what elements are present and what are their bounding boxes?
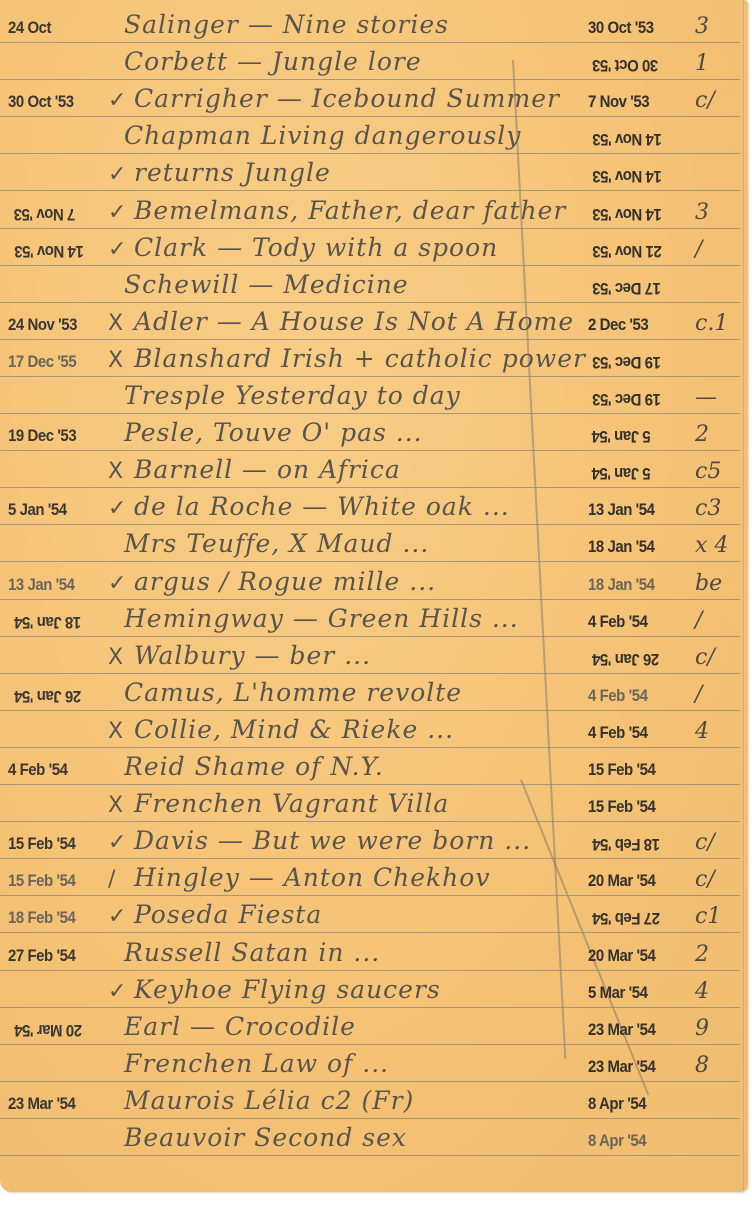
copy-note: c.1 [695, 311, 728, 336]
book-title-entry: Frenchen Vagrant Villa [134, 789, 449, 818]
return-date-stamp: 14 Nov '53 [593, 204, 662, 224]
book-title-entry: de la Roche — White oak ... [134, 492, 510, 521]
x-mark-icon: X [108, 793, 123, 818]
card-entry-row: ✓Keyhoe Flying saucers5 Mar '544 [0, 973, 748, 1009]
card-entry-row: 26 Jan '54Camus, L'homme revolte4 Feb '5… [0, 676, 748, 712]
card-entry-row: 15 Feb '54✓Davis — But we were born ...1… [0, 824, 748, 860]
book-title-entry: Barnell — on Africa [134, 455, 401, 484]
check-mark-icon: ✓ [108, 200, 126, 225]
return-date-stamp: 4 Feb '54 [588, 723, 647, 743]
x-mark-icon: X [108, 645, 123, 670]
return-date-stamp: 23 Mar '54 [588, 1057, 655, 1077]
copy-note: 2 [695, 942, 709, 967]
checkout-date-stamp: 5 Jan '54 [8, 500, 67, 520]
checkout-date-stamp: 23 Mar '54 [8, 1094, 75, 1114]
book-title-entry: Corbett — Jungle lore [124, 47, 422, 76]
return-date-stamp: 8 Apr '54 [588, 1094, 646, 1114]
book-title-entry: Maurois Lélia c2 (Fr) [124, 1086, 414, 1115]
card-entry-row: Tresple Yesterday to day19 Dec '53— [0, 379, 748, 415]
card-entry-row: 19 Dec '53Pesle, Touve O' pas ...5 Jan '… [0, 416, 748, 452]
copy-note: 3 [695, 200, 709, 225]
book-title-entry: Hemingway — Green Hills ... [124, 604, 519, 633]
card-entry-row: 17 Dec '55XBlanshard Irish + catholic po… [0, 342, 748, 378]
card-entry-row: 15 Feb '54/Hingley — Anton Chekhov20 Mar… [0, 861, 748, 897]
checkout-date-stamp: 20 Mar '54 [15, 1020, 82, 1040]
return-date-stamp: 15 Feb '54 [588, 760, 655, 780]
return-date-stamp: 5 Jan '54 [592, 463, 651, 483]
book-title-entry: Tresple Yesterday to day [124, 381, 461, 410]
card-entry-row: Mrs Teuffe, X Maud ...18 Jan '54x 4 [0, 527, 748, 563]
checkout-date-stamp: 17 Dec '55 [8, 352, 76, 372]
return-date-stamp: 18 Jan '54 [588, 537, 655, 557]
x-mark-icon: X [108, 348, 123, 373]
book-title-entry: Clark — Tody with a spoon [134, 233, 498, 262]
checkout-date-stamp: 7 Nov '53 [14, 204, 75, 224]
checkout-date-stamp: 15 Feb '54 [8, 871, 75, 891]
book-title-entry: Walbury — ber ... [134, 641, 371, 670]
copy-note: c3 [695, 496, 721, 521]
book-title-entry: Schewill — Medicine [124, 270, 409, 299]
return-date-stamp: 18 Jan '54 [588, 575, 655, 595]
card-entry-row: Beauvoir Second sex8 Apr '54 [0, 1121, 748, 1157]
card-entry-row: XBarnell — on Africa5 Jan '54c5 [0, 453, 748, 489]
check-mark-icon: ✓ [108, 979, 126, 1004]
return-date-stamp: 19 Dec '53 [593, 389, 661, 409]
copy-note: 3 [695, 14, 709, 39]
return-date-stamp: 21 Nov '53 [593, 241, 662, 261]
return-date-stamp: 19 Dec '53 [593, 352, 661, 372]
copy-note: / [695, 682, 702, 707]
book-title-entry: Russell Satan in ... [124, 938, 380, 967]
copy-note: / [695, 608, 702, 633]
card-entry-row: XCollie, Mind & Rieke ...4 Feb '544 [0, 713, 748, 749]
book-title-entry: Keyhoe Flying saucers [134, 975, 441, 1004]
card-entry-row: XFrenchen Vagrant Villa15 Feb '54 [0, 787, 748, 823]
card-entry-row: 18 Jan '54Hemingway — Green Hills ...4 F… [0, 602, 748, 638]
return-date-stamp: 17 Dec '53 [593, 278, 661, 298]
return-date-stamp: 14 Nov '53 [593, 129, 662, 149]
book-title-entry: Reid Shame of N.Y. [124, 752, 384, 781]
card-entry-row: 7 Nov '53✓Bemelmans, Father, dear father… [0, 194, 748, 230]
book-title-entry: Carrigher — Icebound Summer [134, 84, 560, 113]
check-mark-icon: ✓ [108, 571, 126, 596]
card-entry-row: ✓returns Jungle14 Nov '53 [0, 156, 748, 192]
return-date-stamp: 20 Mar '54 [588, 871, 655, 891]
check-mark-icon: ✓ [108, 237, 126, 262]
copy-note: c/ [695, 645, 715, 670]
book-title-entry: Bemelmans, Father, dear father [134, 196, 566, 225]
checkout-date-stamp: 15 Feb '54 [8, 834, 75, 854]
copy-note: 1 [695, 51, 709, 76]
book-title-entry: Davis — But we were born ... [134, 826, 531, 855]
return-date-stamp: 18 Feb '54 [593, 834, 660, 854]
card-entry-row: 30 Oct '53✓Carrigher — Icebound Summer7 … [0, 82, 748, 118]
copy-note: 2 [695, 422, 709, 447]
book-title-entry: Earl — Crocodile [124, 1012, 356, 1041]
return-date-stamp: 5 Mar '54 [588, 983, 647, 1003]
copy-note: — [695, 385, 717, 410]
return-date-stamp: 27 Feb '54 [593, 908, 660, 928]
card-entry-row: 13 Jan '54✓argus / Rogue mille ...18 Jan… [0, 565, 748, 601]
book-title-entry: Hingley — Anton Chekhov [134, 863, 490, 892]
copy-note: 4 [695, 979, 709, 1004]
book-title-entry: Poseda Fiesta [134, 900, 322, 929]
check-mark-icon: ✓ [108, 830, 126, 855]
return-date-stamp: 23 Mar '54 [588, 1020, 655, 1040]
checkout-date-stamp: 14 Nov '53 [15, 241, 84, 261]
book-title-entry: Collie, Mind & Rieke ... [134, 715, 454, 744]
copy-note: 4 [695, 719, 709, 744]
copy-note: 8 [695, 1053, 709, 1078]
card-entry-row: 14 Nov '53✓Clark — Tody with a spoon21 N… [0, 231, 748, 267]
book-title-entry: Camus, L'homme revolte [124, 678, 462, 707]
checkout-date-stamp: 24 Nov '53 [8, 315, 77, 335]
book-title-entry: Pesle, Touve O' pas ... [124, 418, 423, 447]
card-entry-row: Corbett — Jungle lore30 Oct '531 [0, 45, 748, 81]
return-date-stamp: 30 Oct '53 [592, 55, 658, 75]
copy-note: be [695, 571, 722, 596]
return-date-stamp: 5 Jan '54 [592, 426, 651, 446]
copy-note: / [695, 237, 702, 262]
card-entry-row: 18 Feb '54✓Poseda Fiesta27 Feb '54c1 [0, 898, 748, 934]
copy-note: c/ [695, 867, 715, 892]
copy-note: c/ [695, 830, 715, 855]
check-mark-icon: / [108, 867, 115, 892]
checkout-date-stamp: 19 Dec '53 [8, 426, 76, 446]
copy-note: c5 [695, 459, 721, 484]
checkout-date-stamp: 30 Oct '53 [8, 92, 74, 112]
book-title-entry: Salinger — Nine stories [124, 10, 449, 39]
return-date-stamp: 4 Feb '54 [588, 612, 647, 632]
x-mark-icon: X [108, 311, 123, 336]
copy-note: x 4 [695, 533, 728, 558]
return-date-stamp: 8 Apr '54 [588, 1131, 646, 1151]
check-mark-icon: ✓ [108, 496, 126, 521]
x-mark-icon: X [108, 459, 123, 484]
card-entry-row: Chapman Living dangerously14 Nov '53 [0, 119, 748, 155]
card-entry-row: 20 Mar '54Earl — Crocodile23 Mar '549 [0, 1010, 748, 1046]
x-mark-icon: X [108, 719, 123, 744]
card-entry-row: Schewill — Medicine17 Dec '53 [0, 268, 748, 304]
return-date-stamp: 4 Feb '54 [588, 686, 647, 706]
checkout-date-stamp: 18 Jan '54 [15, 612, 82, 632]
check-mark-icon: ✓ [108, 904, 126, 929]
return-date-stamp: 26 Jan '54 [593, 649, 660, 669]
return-date-stamp: 13 Jan '54 [588, 500, 655, 520]
checkout-date-stamp: 4 Feb '54 [8, 760, 67, 780]
return-date-stamp: 15 Feb '54 [588, 797, 655, 817]
checkout-date-stamp: 18 Feb '54 [8, 908, 75, 928]
return-date-stamp: 7 Nov '53 [588, 92, 649, 112]
book-title-entry: Chapman Living dangerously [124, 121, 521, 150]
book-title-entry: Adler — A House Is Not A Home [134, 307, 574, 336]
card-entry-row: 4 Feb '54Reid Shame of N.Y.15 Feb '54 [0, 750, 748, 786]
checkout-date-stamp: 24 Oct [8, 18, 51, 38]
card-entry-row: 27 Feb '54Russell Satan in ...20 Mar '54… [0, 936, 748, 972]
check-mark-icon: ✓ [108, 88, 126, 113]
book-title-entry: Mrs Teuffe, X Maud ... [124, 529, 429, 558]
book-title-entry: argus / Rogue mille ... [134, 567, 436, 596]
library-card: 24 OctSalinger — Nine stories30 Oct '533… [0, 0, 748, 1192]
card-entry-row: 23 Mar '54Maurois Lélia c2 (Fr)8 Apr '54 [0, 1084, 748, 1120]
return-date-stamp: 2 Dec '53 [588, 315, 648, 335]
book-title-entry: returns Jungle [134, 158, 331, 187]
checkout-date-stamp: 13 Jan '54 [8, 575, 75, 595]
card-entry-row: 24 Nov '53XAdler — A House Is Not A Home… [0, 305, 748, 341]
checkout-date-stamp: 27 Feb '54 [8, 946, 75, 966]
book-title-entry: Frenchen Law of ... [124, 1049, 389, 1078]
return-date-stamp: 30 Oct '53 [588, 18, 654, 38]
card-entry-row: 5 Jan '54✓de la Roche — White oak ...13 … [0, 490, 748, 526]
card-entry-row: Frenchen Law of ...23 Mar '548 [0, 1047, 748, 1083]
copy-note: c/ [695, 88, 715, 113]
check-mark-icon: ✓ [108, 162, 126, 187]
checkout-date-stamp: 26 Jan '54 [15, 686, 82, 706]
copy-note: 9 [695, 1016, 709, 1041]
return-date-stamp: 14 Nov '53 [593, 166, 662, 186]
card-entry-row: XWalbury — ber ...26 Jan '54c/ [0, 639, 748, 675]
card-entry-row: 24 OctSalinger — Nine stories30 Oct '533 [0, 8, 748, 44]
book-title-entry: Blanshard Irish + catholic power [134, 344, 586, 373]
copy-note: c1 [695, 904, 721, 929]
book-title-entry: Beauvoir Second sex [124, 1123, 407, 1152]
return-date-stamp: 20 Mar '54 [588, 946, 655, 966]
